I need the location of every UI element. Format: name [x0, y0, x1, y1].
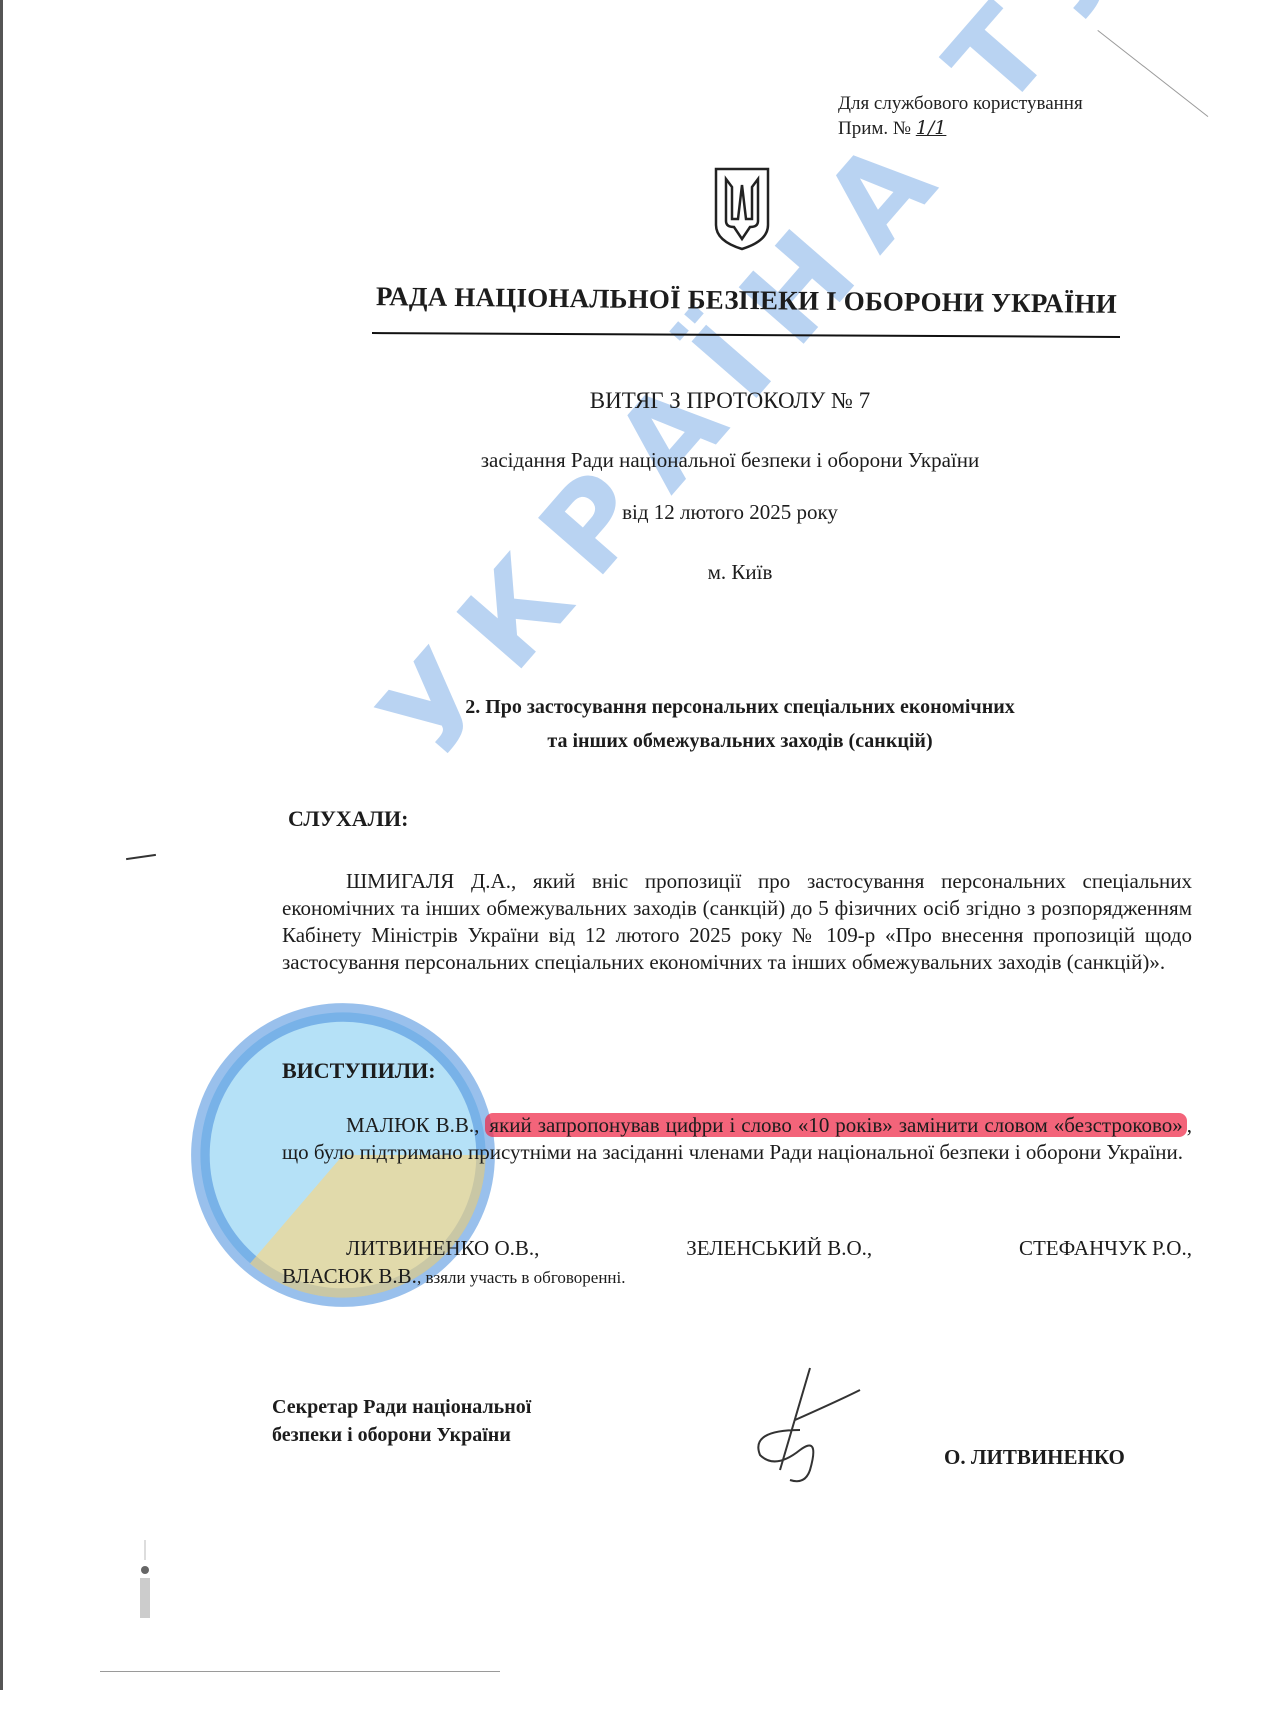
document-title: ВИТЯГ З ПРОТОКОЛУ № 7: [400, 388, 1060, 414]
document-date: від 12 лютого 2025 року: [500, 500, 960, 525]
organization-title: РАДА НАЦІОНАЛЬНОЇ БЕЗПЕКИ І ОБОРОНИ УКРА…: [376, 281, 1116, 320]
document-subtitle: засідання Ради національної безпеки і об…: [400, 448, 1060, 473]
handwritten-signature-icon: [740, 1360, 890, 1490]
signatory-position: Секретар Ради національної безпеки і обо…: [272, 1393, 531, 1449]
document-city: м. Київ: [580, 560, 900, 585]
margin-stamp-mark: [136, 1540, 154, 1630]
speaker-name: МАЛЮК В.В.,: [346, 1113, 479, 1137]
copy-label: Прим. №: [838, 118, 911, 139]
corner-fold-line: [1097, 30, 1208, 117]
participant-name: ВЛАСЮК В.В.: [282, 1264, 417, 1288]
classification-label: Для службового користування: [838, 92, 1083, 116]
trident-coat-of-arms-icon: [712, 165, 772, 251]
participant-name: ЛИТВИНЕНКО О.В.,: [346, 1234, 539, 1262]
page-edge: [0, 0, 3, 1690]
participants-list: ЛИТВИНЕНКО О.В., ЗЕЛЕНСЬКИЙ В.О., СТЕФАН…: [282, 1234, 1192, 1292]
spoke-paragraph: МАЛЮК В.В., який запропонував цифри і сл…: [282, 1112, 1192, 1166]
participant-name: ЗЕЛЕНСЬКИЙ В.О.,: [686, 1234, 872, 1262]
signatory-name: О. ЛИТВИНЕНКО: [944, 1445, 1125, 1470]
margin-mark: [126, 854, 156, 860]
agenda-item-title: 2. Про застосування персональних спеціал…: [360, 690, 1120, 758]
classification-stamp: Для службового користування Прим. № 1/1: [838, 92, 1083, 141]
participant-name: СТЕФАНЧУК Р.О.,: [1019, 1234, 1192, 1262]
heard-paragraph: ШМИГАЛЯ Д.А., який вніс пропозиції про з…: [282, 868, 1192, 976]
bottom-scan-line: [100, 1671, 500, 1672]
copy-number: 1/1: [916, 117, 947, 139]
spoke-heading: ВИСТУПИЛИ:: [282, 1058, 436, 1084]
participants-tail: , взяли участь в обговоренні.: [417, 1268, 626, 1287]
highlighted-text: який запропонував цифри і слово «10 рокі…: [485, 1113, 1186, 1137]
heard-heading: СЛУХАЛИ:: [288, 806, 408, 832]
